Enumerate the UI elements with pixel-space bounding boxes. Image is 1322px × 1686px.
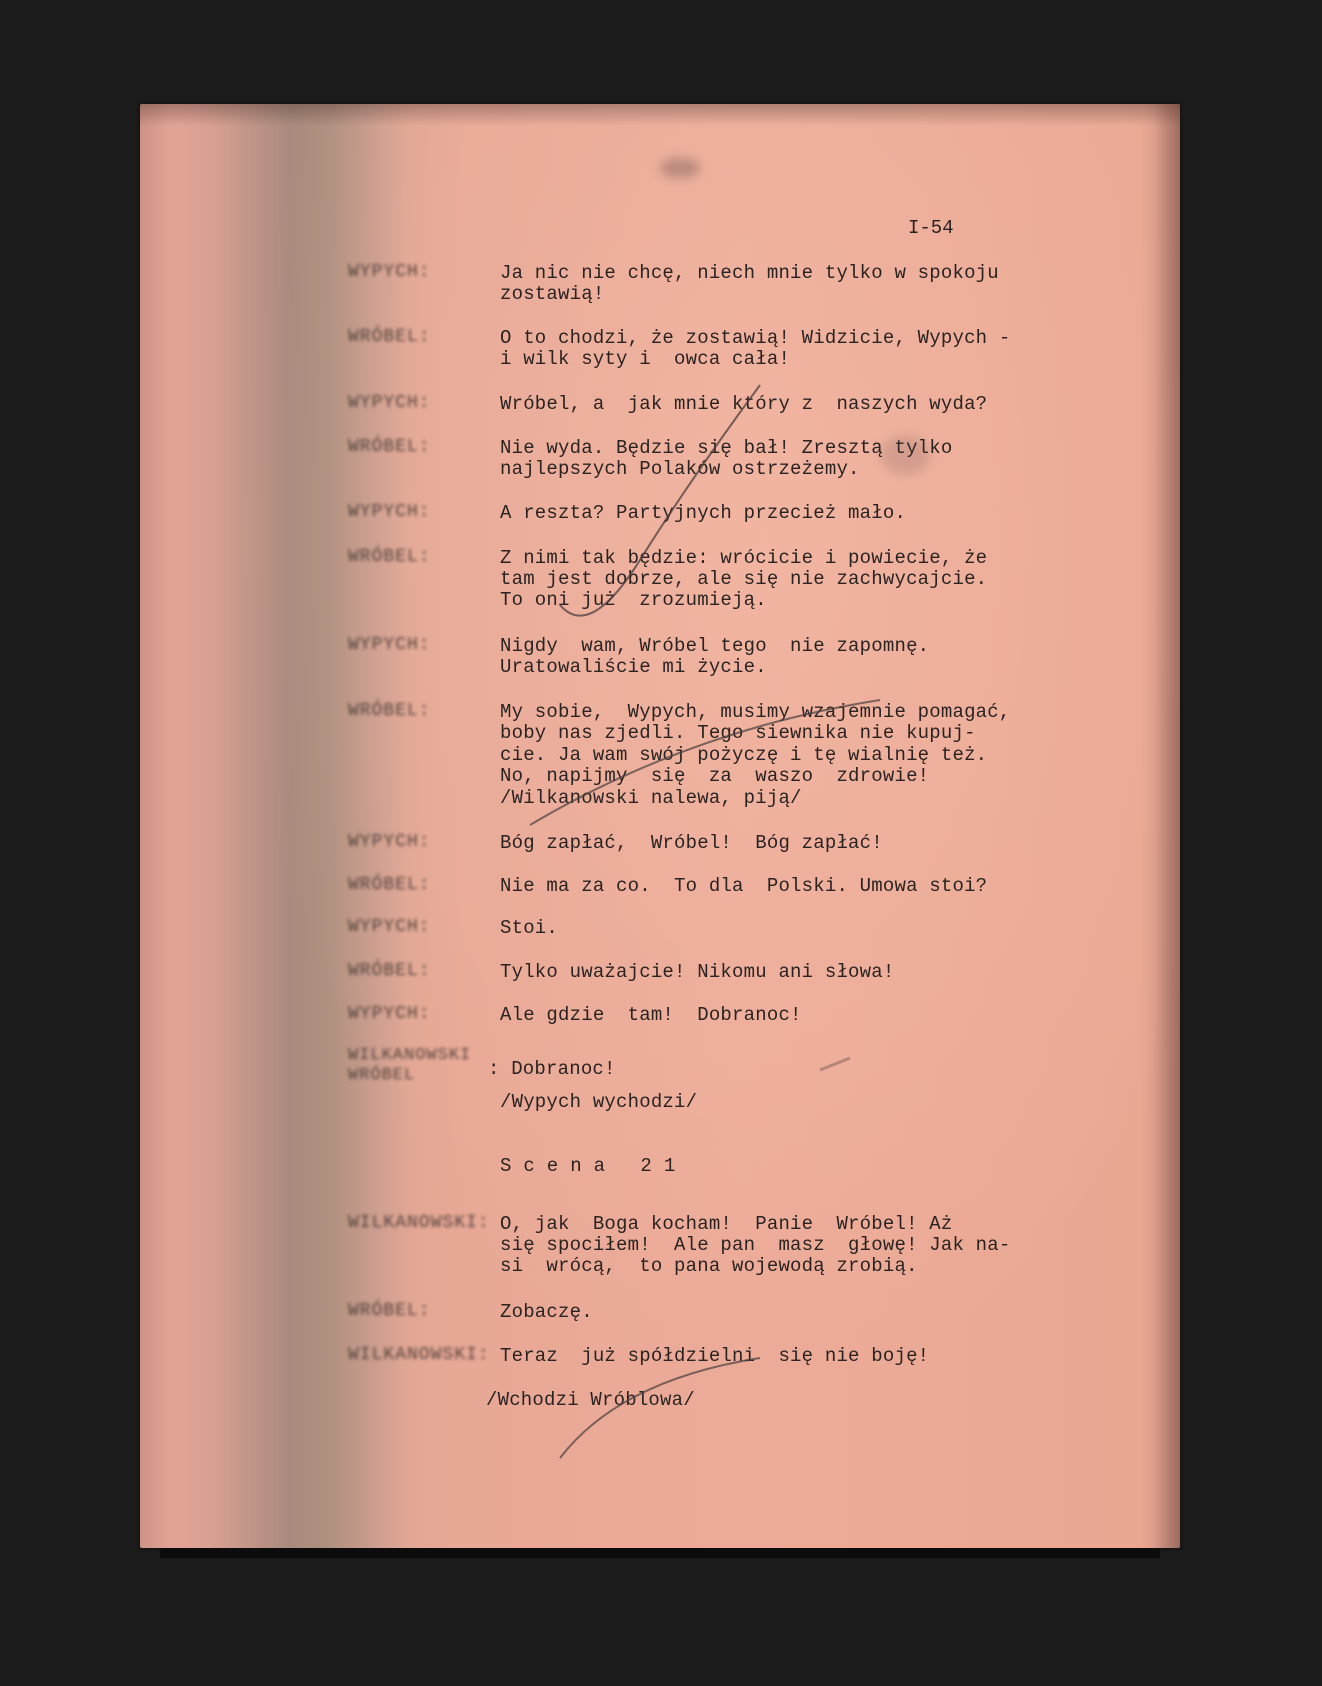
dialogue-line: Tylko uważajcie! Nikomu ani słowa! [500, 962, 894, 984]
dialogue-line: My sobie, Wypych, musimy wzajemnie pomag… [500, 702, 1010, 724]
speaker-label: WRÓBEL: [348, 875, 431, 895]
speaker-label: WYPYCH: [348, 393, 431, 413]
dialogue-line: Ale gdzie tam! Dobranoc! [500, 1005, 802, 1027]
dialogue-line: Z nimi tak będzie: wrócicie i powiecie, … [500, 548, 987, 570]
speaker-label: WRÓBEL: [348, 701, 431, 721]
speaker-label: WILKANOWSKI: [348, 1213, 490, 1233]
speaker-label: WRÓBEL: [348, 327, 431, 347]
dialogue-line: No, napijmy się za waszo zdrowie! [500, 766, 929, 788]
speaker-label: WRÓBEL: [348, 1301, 431, 1321]
speaker-label: WRÓBEL: [348, 547, 431, 567]
dialogue-line: się spociłem! Ale pan masz głowę! Jak na… [500, 1235, 1010, 1257]
dialogue-line: tam jest dobrze, ale się nie zachwycajci… [500, 569, 987, 591]
dialogue-line: : Dobranoc! [488, 1059, 616, 1081]
speaker-label: WYPYCH: [348, 1004, 431, 1024]
speaker-label-joint: WILKANOWSKI WRÓBEL [348, 1046, 471, 1086]
speaker-label: WRÓBEL: [348, 437, 431, 457]
speaker-label: WRÓBEL: [348, 961, 431, 981]
dialogue-line: O, jak Boga kocham! Panie Wróbel! Aż [500, 1214, 952, 1236]
stage-direction: /Wilkanowski nalewa, piją/ [500, 788, 802, 810]
speaker-label: WYPYCH: [348, 832, 431, 852]
ink-smudge [660, 158, 700, 178]
script-body: WYPYCH: Ja nic nie chcę, niech mnie tylk… [0, 0, 1322, 1686]
dialogue-line: Stoi. [500, 918, 558, 940]
dialogue-line: Ja nic nie chcę, niech mnie tylko w spok… [500, 263, 999, 285]
dialogue-line: zostawią! [500, 284, 604, 306]
ink-smudge [880, 435, 930, 475]
dialogue-line: cie. Ja wam swój pożyczę i tę wialnię te… [500, 745, 987, 767]
speaker-label: WILKANOWSKI: [348, 1345, 490, 1365]
speaker-label: WYPYCH: [348, 917, 431, 937]
dialogue-line: Wróbel, a jak mnie który z naszych wyda? [500, 394, 987, 416]
dialogue-line: najlepszych Polaków ostrzeżemy. [500, 459, 860, 481]
dialogue-line: Teraz już spółdzielni się nie boję! [500, 1346, 929, 1368]
stage-direction: /Wchodzi Wróblowa/ [486, 1390, 695, 1412]
speaker-label: WYPYCH: [348, 635, 431, 655]
dialogue-line: Nie ma za co. To dla Polski. Umowa stoi? [500, 876, 987, 898]
dialogue-line: A reszta? Partyjnych przecież mało. [500, 503, 906, 525]
dialogue-line: Bóg zapłać, Wróbel! Bóg zapłać! [500, 833, 883, 855]
dialogue-line: Uratowaliście mi życie. [500, 657, 767, 679]
dialogue-line: To oni już zrozumieją. [500, 590, 767, 612]
dialogue-line: O to chodzi, że zostawią! Widzicie, Wypy… [500, 328, 1010, 350]
stage-direction: /Wypych wychodzi/ [500, 1092, 697, 1114]
dialogue-line: Zobaczę. [500, 1302, 593, 1324]
dialogue-line: Nigdy wam, Wróbel tego nie zapomnę. [500, 636, 929, 658]
dialogue-line: i wilk syty i owca cała! [500, 349, 790, 371]
speaker-label: WYPYCH: [348, 502, 431, 522]
dialogue-line: boby nas zjedli. Tego siewnika nie kupuj… [500, 723, 976, 745]
dialogue-line: si wrócą, to pana wojewodą zrobią. [500, 1256, 918, 1278]
scene-heading: Scena 21 [500, 1156, 687, 1178]
speaker-label: WYPYCH: [348, 262, 431, 282]
